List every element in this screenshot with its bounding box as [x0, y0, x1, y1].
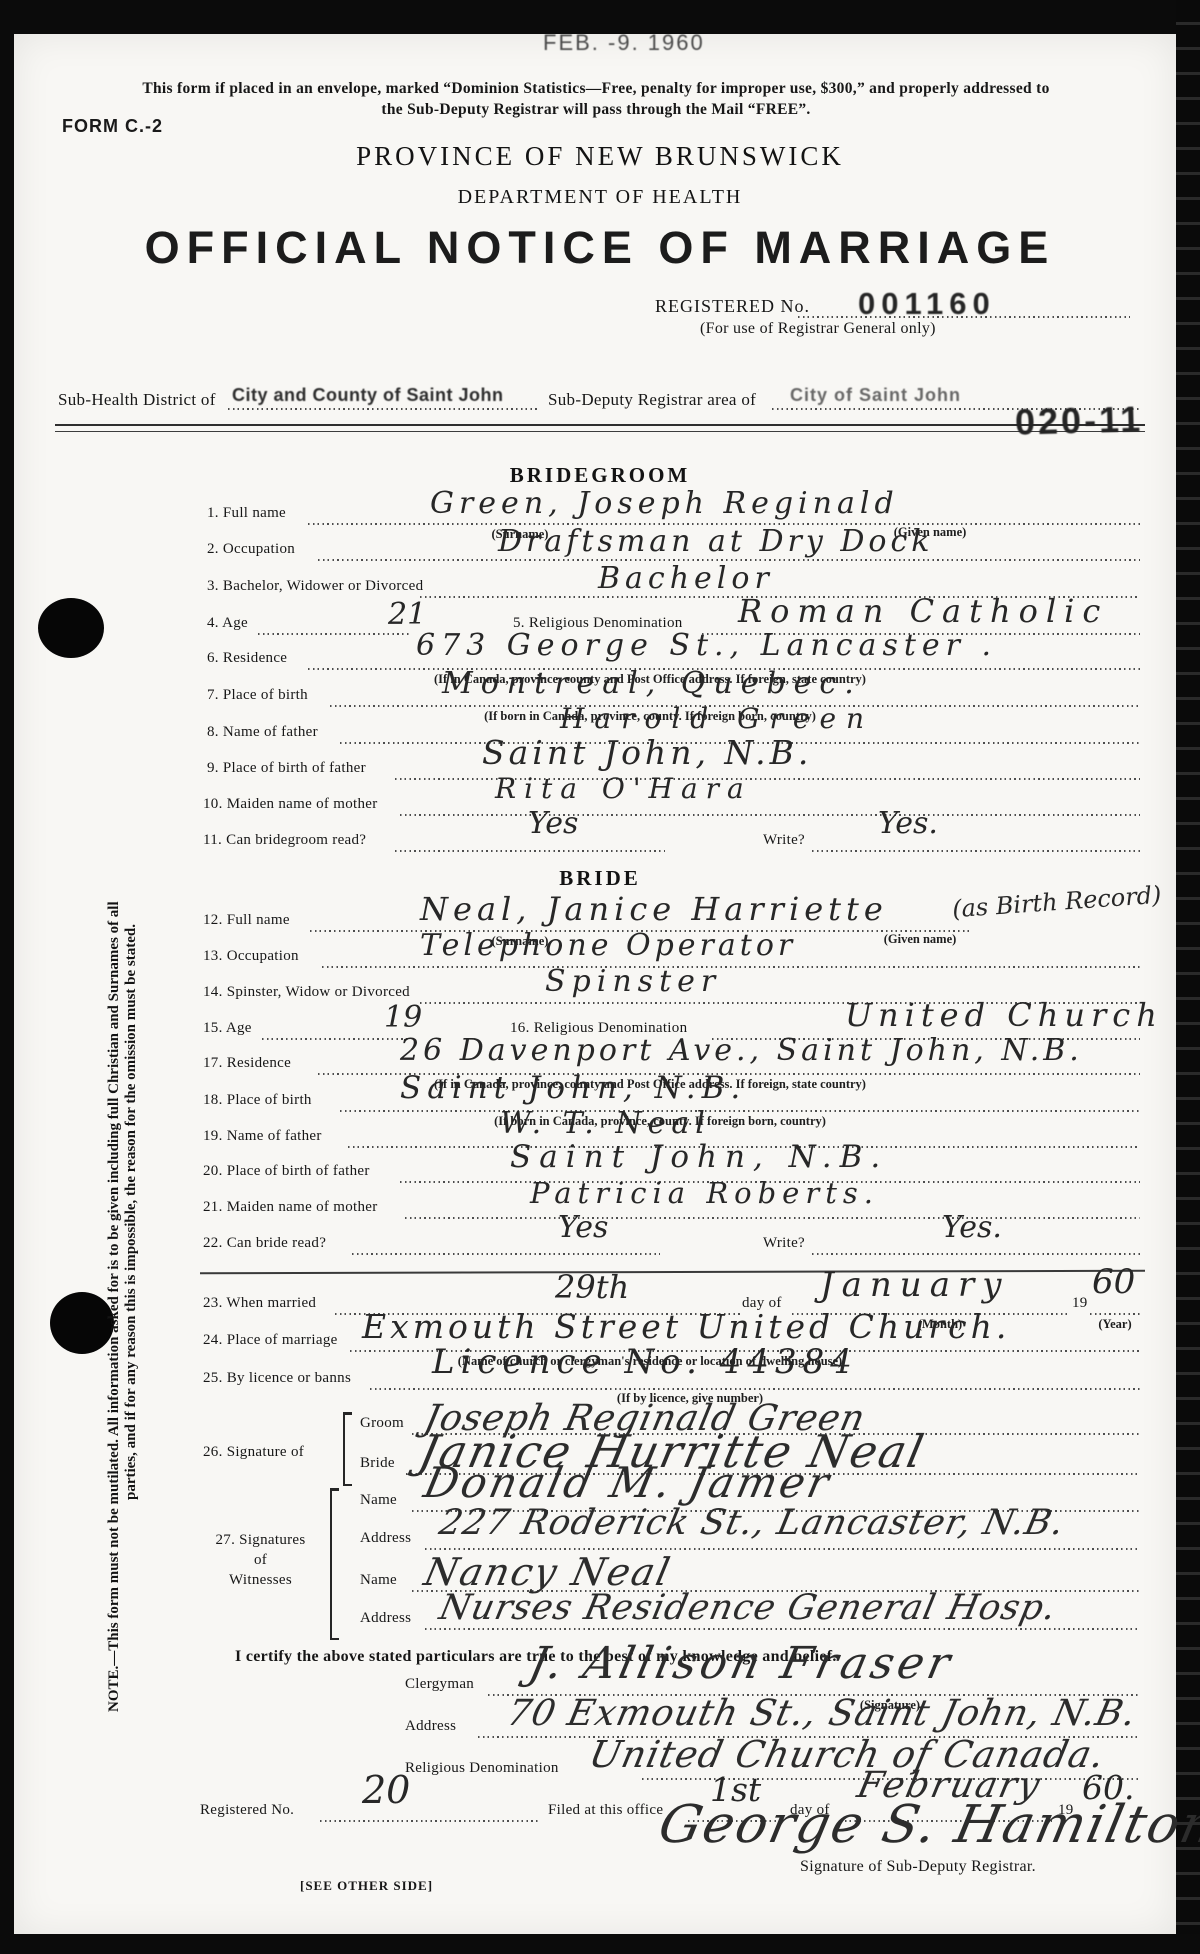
- bg-residence-value: 673 George St., Lancaster .: [416, 628, 997, 663]
- br-read-value: Yes: [558, 1210, 608, 1245]
- witness1-name-signature: Donald M. Jamer: [420, 1458, 836, 1507]
- see-other-side: [SEE OTHER SIDE]: [300, 1878, 433, 1894]
- side-note-line2: parties, and if for any reason this is i…: [123, 832, 140, 1592]
- bg-mother-value: Rita O'Hara: [495, 772, 752, 805]
- registered-no-label: REGISTERED No.: [655, 296, 810, 317]
- place-of-marriage-value: Exmouth Street United Church.: [362, 1307, 1010, 1346]
- bg-residence-label: 6. Residence: [207, 650, 287, 667]
- year-prefix: 19: [1072, 1295, 1088, 1312]
- witnesses-label-line2: of: [203, 1552, 318, 1569]
- field-line: [262, 1038, 410, 1040]
- registered-no-stamp: 001160: [858, 286, 996, 322]
- licence-value: Licence No. 44384: [432, 1342, 858, 1382]
- form-number: FORM C.-2: [62, 116, 163, 137]
- bg-father-birthplace-label: 9. Place of birth of father: [207, 760, 366, 777]
- br-age-label: 15. Age: [203, 1020, 252, 1037]
- bg-birthplace-label: 7. Place of birth: [207, 687, 308, 704]
- licence-label: 25. By licence or banns: [203, 1370, 351, 1387]
- province-heading: PROVINCE OF NEW BRUNSWICK: [60, 141, 1140, 172]
- bg-father-value: Harold Green: [560, 702, 874, 735]
- field-line: [425, 1628, 1140, 1630]
- sub-health-district-stamp: City and County of Saint John: [232, 385, 504, 406]
- date-received-stamp: FEB. -9. 1960: [543, 30, 705, 56]
- sub-health-district-line: [228, 408, 540, 410]
- bg-religion-value: Roman Catholic: [738, 592, 1108, 630]
- bg-father-label: 8. Name of father: [207, 724, 318, 741]
- bg-mother-label: 10. Maiden name of mother: [203, 796, 378, 813]
- field-line: [340, 1110, 1140, 1112]
- bg-occupation-value: Draftsman at Dry Dock: [498, 524, 933, 559]
- field-line: [322, 966, 1140, 968]
- br-mother-label: 21. Maiden name of mother: [203, 1199, 378, 1216]
- sub-deputy-area-stamp: City of Saint John: [790, 385, 961, 406]
- br-father-birthplace-value: Saint John, N.B.: [510, 1139, 888, 1175]
- field-line: [812, 850, 1140, 852]
- field-line: [352, 1253, 660, 1255]
- sub-deputy-area-label: Sub-Deputy Registrar area of: [548, 390, 756, 410]
- place-of-marriage-label: 24. Place of marriage: [203, 1332, 338, 1349]
- witnesses-bracket: [330, 1488, 332, 1640]
- document-title: OFFICIAL NOTICE OF MARRIAGE: [60, 222, 1140, 274]
- br-residence-label: 17. Residence: [203, 1055, 291, 1072]
- registrar-general-note: (For use of Registrar General only): [700, 320, 936, 338]
- side-note-line1: NOTE.—This form must not be mutilated. A…: [106, 552, 123, 1712]
- office-registered-no-label: Registered No.: [200, 1802, 294, 1819]
- witnesses-label-line1: 27. Signatures: [203, 1532, 318, 1549]
- field-line: [812, 1253, 1140, 1255]
- year-value: 60: [1092, 1262, 1135, 1302]
- witness2-address-value: Nurses Residence General Hosp.: [436, 1588, 1060, 1628]
- bg-read-label: 11. Can bridegroom read?: [203, 832, 366, 849]
- witness1-address-value: 227 Roderick St., Lancaster, N.B.: [436, 1503, 1069, 1543]
- sub-health-district-label: Sub-Health District of: [58, 390, 216, 410]
- punch-hole-bottom: [50, 1292, 114, 1354]
- bridegroom-heading: BRIDEGROOM: [60, 463, 1140, 488]
- field-line: [400, 814, 1140, 816]
- br-status-value: Spinster: [545, 964, 721, 999]
- br-residence-value: 26 Davenport Ave., Saint John, N.B.: [400, 1033, 1083, 1068]
- br-full-name-label: 12. Full name: [203, 912, 290, 929]
- clergyman-signature: J. Allison Fraser: [525, 1638, 959, 1689]
- field-line: [405, 1217, 1140, 1219]
- department-heading: DEPARTMENT OF HEALTH: [60, 186, 1140, 209]
- bg-write-value: Yes.: [878, 806, 938, 841]
- br-write-label: Write?: [763, 1235, 805, 1252]
- scanned-marriage-form: FEB. -9. 1960 This form if placed in an …: [0, 0, 1200, 1954]
- office-registered-no-value: 20: [362, 1768, 410, 1812]
- side-note: NOTE.—This form must not be mutilated. A…: [106, 552, 140, 1712]
- br-read-label: 22. Can bride read?: [203, 1235, 326, 1252]
- br-mother-value: Patricia Roberts.: [530, 1176, 879, 1210]
- br-father-birthplace-label: 20. Place of birth of father: [203, 1163, 370, 1180]
- br-occupation-label: 13. Occupation: [203, 948, 299, 965]
- bg-status-value: Bachelor: [598, 561, 774, 596]
- scan-edge-right: [1176, 0, 1200, 1954]
- witnesses-label-line3: Witnesses: [203, 1572, 318, 1589]
- bg-occupation-label: 2. Occupation: [207, 541, 295, 558]
- bg-status-label: 3. Bachelor, Widower or Divorced: [207, 578, 423, 595]
- br-write-value: Yes.: [942, 1210, 1002, 1245]
- clergyman-address-value: 70 Exmouth St., Saint John, N.B.: [504, 1693, 1141, 1734]
- bg-full-name-value: Green, Joseph Reginald: [430, 486, 899, 521]
- registrar-signature: George S. Hamilton: [654, 1795, 1200, 1855]
- witness1-address-label: Address: [360, 1530, 411, 1547]
- br-father-label: 19. Name of father: [203, 1128, 322, 1145]
- field-line: [258, 633, 410, 635]
- groom-label: Groom: [360, 1415, 404, 1432]
- bg-age-value: 21: [388, 597, 426, 632]
- br-religion-value: United Church: [845, 996, 1163, 1034]
- signature-of-label: 26. Signature of: [203, 1444, 304, 1461]
- br-birthplace-value: Saint John, N.B.: [400, 1070, 746, 1106]
- registrar-signature-label: Signature of Sub-Deputy Registrar.: [800, 1858, 1036, 1876]
- br-status-label: 14. Spinster, Widow or Divorced: [203, 984, 410, 1001]
- punch-hole-top: [38, 598, 104, 658]
- bg-father-birthplace-value: Saint John, N.B.: [482, 733, 812, 772]
- year-note: (Year): [1080, 1317, 1150, 1332]
- bg-read-value: Yes: [528, 806, 578, 841]
- when-married-day: 29th: [555, 1268, 629, 1306]
- br-given-name-note: (Given name): [850, 932, 990, 947]
- mail-free-notice-line2: the Sub-Deputy Registrar will pass throu…: [58, 101, 1134, 119]
- witness2-address-label: Address: [360, 1610, 411, 1627]
- mail-free-notice-line1: This form if placed in an envelope, mark…: [58, 80, 1134, 98]
- file-number-stamp: 020-11: [1014, 398, 1143, 443]
- br-age-value: 19: [384, 1000, 422, 1035]
- br-occupation-value: Telephone Operator: [420, 928, 796, 963]
- field-line: [370, 1388, 1140, 1390]
- denomination-label: Religious Denomination: [405, 1760, 559, 1777]
- signature-bracket: [343, 1412, 345, 1486]
- scan-edge-top: [0, 0, 1200, 34]
- when-married-label: 23. When married: [203, 1295, 316, 1312]
- br-full-name-value: Neal, Janice Harriette: [420, 890, 888, 928]
- header-rule: [55, 424, 1145, 432]
- month-value: January: [820, 1265, 1009, 1305]
- br-father-value: W. T. Neal: [500, 1106, 711, 1141]
- witness1-name-label: Name: [360, 1492, 397, 1509]
- bg-age-label: 4. Age: [207, 615, 248, 632]
- bg-full-name-label: 1. Full name: [207, 505, 286, 522]
- bg-birthplace-value: Montreal, Quebec.: [442, 666, 862, 701]
- clergyman-label: Clergyman: [405, 1676, 474, 1693]
- bride-label: Bride: [360, 1455, 395, 1472]
- clergyman-address-label: Address: [405, 1718, 456, 1735]
- br-birthplace-label: 18. Place of birth: [203, 1092, 312, 1109]
- field-line: [320, 1820, 538, 1822]
- filed-label: Filed at this office: [548, 1802, 663, 1819]
- witness2-name-label: Name: [360, 1572, 397, 1589]
- field-line: [1090, 1313, 1142, 1315]
- bg-write-label: Write?: [763, 832, 805, 849]
- scan-edge-bottom: [0, 1934, 1200, 1954]
- field-line: [395, 850, 665, 852]
- scan-edge-left: [0, 0, 14, 1954]
- bride-heading: BRIDE: [60, 866, 1140, 891]
